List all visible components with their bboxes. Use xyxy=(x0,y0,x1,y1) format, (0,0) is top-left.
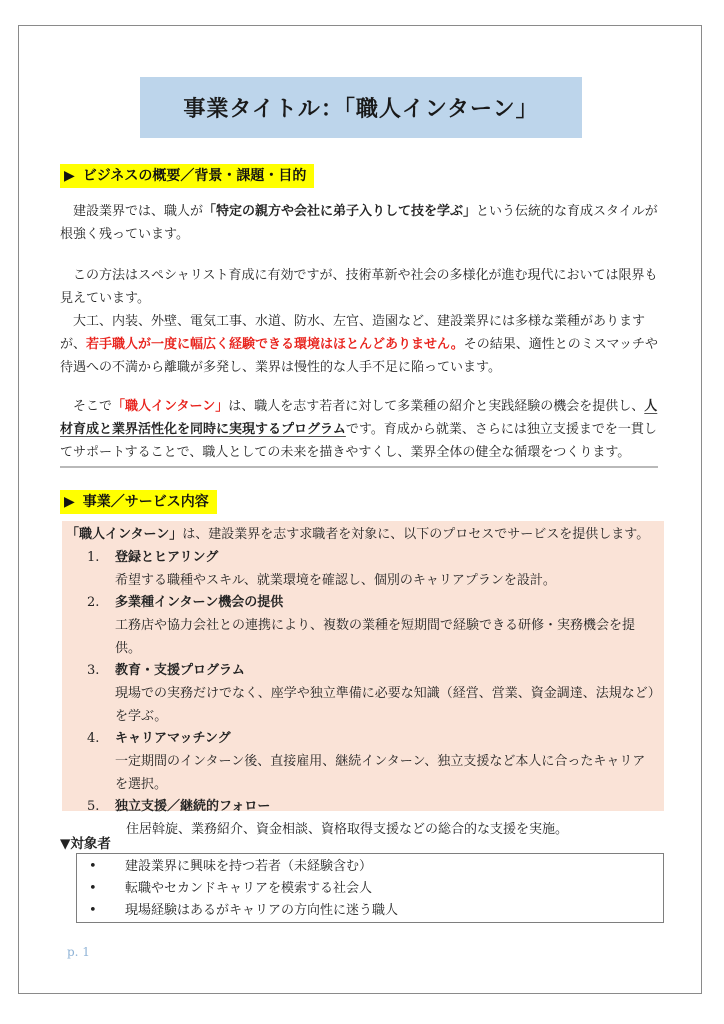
text: は、職人を志す若者に対して多業種の紹介と実践経験の機会を提供し、 xyxy=(228,399,644,414)
text: 転職やセカンドキャリアを模索する社会人 xyxy=(125,881,372,896)
target-audience-box: •建設業界に興味を持つ若者（未経験含む） •転職やセカンドキャリアを模索する社会… xyxy=(76,853,664,923)
step-number: 3. xyxy=(87,660,99,682)
bullet-icon: • xyxy=(89,900,97,922)
bullet-icon: • xyxy=(89,878,97,900)
overview-paragraph-2: この方法はスペシャリスト育成に有効ですが、技術革新や社会の多様化が進む現代におい… xyxy=(60,264,660,310)
section-heading-label: 事業／サービス内容 xyxy=(83,494,209,510)
triangle-right-icon: ▶ xyxy=(64,166,75,186)
step-description: 希望する職種やスキル、就業環境を確認し、個別のキャリアプランを設計。 xyxy=(115,569,662,592)
text: 現場経験はあるがキャリアの方向性に迷う職人 xyxy=(125,903,398,918)
bullet-icon: • xyxy=(89,856,97,878)
text: この方法はスペシャリスト育成に有効ですが、技術革新や社会の多様化が進む現代におい… xyxy=(60,264,660,310)
step-number: 4. xyxy=(87,728,99,750)
text: そこで xyxy=(73,399,112,414)
step-title: 教育・支援プログラム xyxy=(115,660,662,682)
section-heading-overview: ▶ビジネスの概要／背景・課題・目的 xyxy=(60,164,314,188)
text: は、建設業界を志す求職者を対象に、以下のプロセスでサービスを提供します。 xyxy=(182,527,649,542)
section-divider xyxy=(60,466,658,468)
list-item: •転職やセカンドキャリアを模索する社会人 xyxy=(77,878,663,900)
list-item: •建設業界に興味を持つ若者（未経験含む） xyxy=(77,856,663,878)
services-intro: 「職人インターン」は、建設業界を志す求職者を対象に、以下のプロセスでサービスを提… xyxy=(66,524,649,546)
section-heading-label: ビジネスの概要／背景・課題・目的 xyxy=(83,168,307,184)
list-item: 3. 教育・支援プログラム 現場での実務だけでなく、座学や独立準備に必要な知識（… xyxy=(62,660,662,728)
step-description: 一定期間のインターン後、直接雇用、継続インターン、独立支援など本人に合ったキャリ… xyxy=(115,750,662,796)
document-title: 事業タイトル：「職人インターン」 xyxy=(183,92,538,123)
page-number: p. 1 xyxy=(67,945,90,959)
services-box: 「職人インターン」は、建設業界を志す求職者を対象に、以下のプロセスでサービスを提… xyxy=(62,521,664,811)
text: 建設業界では、職人が xyxy=(73,204,203,219)
list-item: •現場経験はあるがキャリアの方向性に迷う職人 xyxy=(77,900,663,922)
section-heading-services: ▶事業／サービス内容 xyxy=(60,490,217,514)
overview-paragraph-1: 建設業界では、職人が「特定の親方や会社に弟子入りして技を学ぶ」という伝統的な育成… xyxy=(60,200,660,246)
list-item: 4. キャリアマッチング 一定期間のインターン後、直接雇用、継続インターン、独立… xyxy=(62,728,662,796)
step-title: 登録とヒアリング xyxy=(115,547,662,569)
overview-paragraph-3: 大工、内装、外壁、電気工事、水道、防水、左官、造園など、建設業界には多様な業種が… xyxy=(60,310,660,379)
bold-emphasis: 「職人インターン」 xyxy=(66,527,182,542)
step-number: 5. xyxy=(87,796,99,818)
step-description: 住居斡旋、業務紹介、資金相談、資格取得支援などの総合的な支援を実施。 xyxy=(115,818,662,841)
overview-paragraph-4: そこで「職人インターン」は、職人を志す若者に対して多業種の紹介と実践経験の機会を… xyxy=(60,395,660,464)
step-description: 現場での実務だけでなく、座学や独立準備に必要な知識（経営、営業、資金調達、法規な… xyxy=(115,682,662,728)
red-emphasis: 「職人インターン」 xyxy=(112,399,228,414)
title-banner: 事業タイトル：「職人インターン」 xyxy=(140,77,582,138)
list-item: 1. 登録とヒアリング 希望する職種やスキル、就業環境を確認し、個別のキャリアプ… xyxy=(62,547,662,592)
red-emphasis: 若手職人が一度に幅広く経験できる環境はほとんどありません。 xyxy=(86,337,464,352)
services-steps-list: 1. 登録とヒアリング 希望する職種やスキル、就業環境を確認し、個別のキャリアプ… xyxy=(62,547,662,841)
bold-emphasis: 「特定の親方や会社に弟子入りして技を学ぶ」 xyxy=(203,204,476,219)
triangle-right-icon: ▶ xyxy=(64,492,75,512)
list-item: 2. 多業種インターン機会の提供 工務店や協力会社との連携により、複数の業種を短… xyxy=(62,592,662,660)
target-audience-label: ▼対象者 xyxy=(60,832,111,852)
list-item: 5. 独立支援／継続的フォロー 住居斡旋、業務紹介、資金相談、資格取得支援などの… xyxy=(62,796,662,841)
step-title: キャリアマッチング xyxy=(115,728,662,750)
step-title: 独立支援／継続的フォロー xyxy=(115,796,662,818)
text: 建設業界に興味を持つ若者（未経験含む） xyxy=(125,859,372,874)
step-number: 2. xyxy=(87,592,99,614)
step-description: 工務店や協力会社との連携により、複数の業種を短期間で経験できる研修・実務機会を提… xyxy=(115,614,662,660)
step-title: 多業種インターン機会の提供 xyxy=(115,592,662,614)
step-number: 1. xyxy=(87,547,99,569)
